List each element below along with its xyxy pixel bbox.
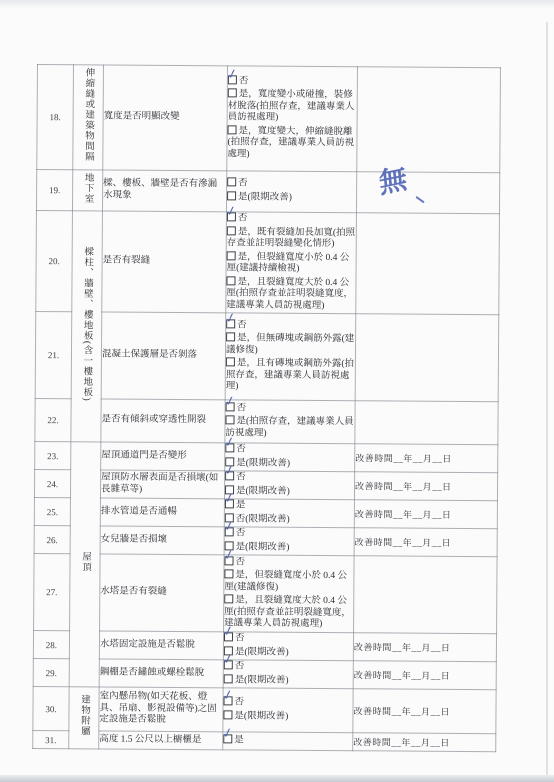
options-cell: ✓是否(限期改善) — [224, 499, 354, 528]
row-number-cell: 24. — [34, 469, 70, 497]
option-label: 否 — [236, 528, 246, 538]
item-label: 混凝土保護層是否剝落 — [102, 350, 197, 361]
checkbox[interactable] — [225, 485, 234, 494]
item-label: 屋頂通道門是否變形 — [101, 450, 187, 461]
option-row: 是，但裂縫寬度小於 0.4 公厘(建議修復) — [224, 569, 353, 594]
option-label: 是(拍照存查，建議專業人員訪視處理) — [225, 417, 353, 439]
table-row: 27.水塔是否有裂縫✓否是，但裂縫寬度小於 0.4 公厘(建議修復)是，且裂縫寬… — [34, 553, 498, 633]
item-cell: 混凝土保護層是否剝落 — [101, 312, 226, 400]
checkbox[interactable]: ✓ — [224, 660, 233, 669]
option-row: ✓否 — [226, 319, 355, 332]
options-cell: ✓否是(限期改善) — [223, 632, 353, 661]
checkbox[interactable] — [228, 125, 237, 134]
item-cell: 屋頂通道門是否變形 — [101, 442, 225, 471]
table-row: 24.屋頂防水層表面是否損壞(如長雜草等)✓否是(限期改善)改善時間__年__月… — [34, 469, 497, 500]
row-number-cell: 20. — [36, 210, 73, 311]
option-row: ✓否 — [224, 660, 353, 673]
options-cell: ✓否是，寬度變小或碰撞，裝修材脫落(拍照存查，建議專業人員訪視處理)是，寬度變大… — [227, 66, 358, 171]
category-label: 伸縮縫或建築物間隔 — [82, 67, 95, 162]
options-cell: ✓否是(限期改善) — [223, 660, 353, 689]
option-label: 否(限期改善) — [236, 514, 290, 524]
option-row: 是(限期改善) — [223, 710, 352, 723]
checkbox[interactable]: ✓ — [225, 443, 234, 452]
item-label: 屋頂防水層表面是否損壞(如長雜草等) — [101, 472, 218, 494]
option-label: 否 — [236, 444, 246, 454]
improvement-time-label: 改善時間__年__月__日 — [353, 704, 450, 718]
item-cell: 排水管道是否通暢 — [100, 498, 224, 527]
item-cell: 是否有裂縫 — [102, 211, 227, 313]
item-label: 水塔固定設施是否鬆脫 — [100, 639, 195, 650]
item-cell: 屋頂防水層表面是否損壞(如長雜草等) — [100, 470, 224, 499]
category-cell: 屋頂 — [69, 442, 101, 687]
row-number: 20. — [48, 256, 59, 266]
remark-cell: 改善時間__年__月__日 — [355, 444, 498, 473]
option-row: 否(限期改善) — [225, 513, 354, 526]
category-label: 地下室 — [82, 172, 94, 204]
option-label: 是(限期改善) — [238, 192, 292, 202]
table-row: 25.排水管道是否通暢✓是否(限期改善)改善時間__年__月__日 — [34, 497, 497, 528]
option-label: 否 — [237, 403, 247, 413]
option-label: 是，且有磚塊或鋼筋外露(拍照存查，建議專業人員訪視處理) — [226, 358, 354, 391]
options-cell: ✓否是(拍照存查，建議專業人員訪視處理) — [225, 400, 355, 444]
checkbox[interactable] — [227, 251, 236, 260]
row-number: 24. — [47, 479, 58, 489]
row-number-cell: 22. — [35, 398, 71, 441]
improvement-time-label: 改善時間__年__月__日 — [355, 451, 452, 465]
item-cell: 寬度是否明顯改變 — [103, 65, 228, 170]
checkbox[interactable] — [224, 569, 233, 578]
row-number: 21. — [48, 350, 59, 360]
category-label: 屋頂 — [79, 551, 91, 572]
option-row: 是，且有磚塊或鋼筋外露(拍照存查，建議專業人員訪視處理) — [226, 357, 355, 393]
option-row: ✓否 — [228, 75, 357, 88]
option-label: 是，且裂縫寬度大於 0.4 公厘(拍照存查並註明裂縫寬度，建議專業人員訪視處理) — [226, 277, 353, 311]
remark-cell: 改善時間__年__月__日 — [353, 689, 496, 734]
inspection-checklist-table: 18.伸縮縫或建築物間隔寬度是否明顯改變✓否是，寬度變小或碰撞，裝修材脫落(拍照… — [32, 64, 501, 752]
table-row: 21.混凝土保護層是否剝落✓否是，但無磚塊或鋼筋外露(建議修復)是，且有磚塊或鋼… — [35, 311, 499, 401]
option-row: ✓是 — [225, 499, 354, 512]
checkbox[interactable] — [227, 191, 236, 200]
remark-cell: 改善時間__年__月__日 — [353, 661, 496, 690]
remark-cell — [357, 67, 501, 172]
option-label: 是，寬度變小或碰撞，裝修材脫落(拍照存查，建議專業人員訪視處理) — [228, 89, 355, 122]
checkbox[interactable]: ✓ — [226, 402, 235, 411]
remark-cell: 無 — [356, 171, 499, 213]
option-label: 是(限期改善) — [234, 711, 288, 721]
option-row: ✓是 — [223, 734, 352, 747]
scan-edge-right-line — [546, 22, 548, 782]
option-label: 是，寬度變大，伸縮縫脫離(拍照存查，建議專業人員訪視處理) — [227, 126, 354, 159]
table-row: 29.鋼棚是否鏽蝕或螺栓鬆脫✓否是(限期改善)改善時間__年__月__日 — [33, 658, 496, 689]
checkbox[interactable] — [227, 178, 236, 187]
remark-cell — [356, 213, 500, 315]
item-label: 排水管道是否通暢 — [101, 506, 177, 517]
handwritten-checkmark-icon: ✓ — [226, 67, 239, 82]
option-label: 否 — [238, 179, 248, 189]
option-label: 是，且裂縫寬度大於 0.4 公厘(拍照存查並註明裂縫寬度，建議專業人員訪視處理) — [224, 595, 351, 629]
row-number-cell: 19. — [36, 169, 72, 211]
option-row: ✓否 — [225, 471, 354, 484]
remark-cell: 改善時間__年__月__日 — [354, 472, 497, 501]
option-row: 是(限期改善) — [225, 541, 354, 554]
option-row: ✓否 — [224, 696, 353, 709]
option-row: 否 — [227, 178, 356, 191]
checkbox[interactable] — [226, 276, 235, 285]
row-number-cell: 21. — [35, 311, 72, 398]
option-label: 否 — [238, 213, 248, 223]
checkbox[interactable] — [223, 710, 232, 719]
checkbox[interactable]: ✓ — [225, 471, 234, 480]
item-label: 是否有裂縫 — [103, 256, 151, 266]
category-label: 建物附屬 — [78, 694, 90, 736]
improvement-time-label: 改善時間__年__月__日 — [354, 668, 451, 682]
option-row: ✓否 — [225, 443, 354, 456]
item-cell: 室內懸吊物(如天花板、燈具、吊扇、影視設備等)之固定設施是否鬆脫 — [99, 687, 223, 732]
checkbox[interactable]: ✓ — [225, 556, 234, 565]
row-number: 23. — [47, 451, 58, 461]
checkbox[interactable] — [225, 513, 234, 522]
row-number-cell: 25. — [34, 497, 70, 525]
row-number: 30. — [45, 704, 56, 714]
options-cell: ✓否是，既有裂縫加長加寬(拍照存查並註明裂縫變化情形)是，但裂縫寬度小於 0.4… — [226, 212, 357, 314]
option-label: 是，但裂縫寬度小於 0.4 公厘(建議修復) — [224, 570, 347, 592]
option-label: 是(限期改善) — [235, 647, 289, 657]
option-row: 是(限期改善) — [225, 457, 354, 470]
option-row: 是(限期改善) — [224, 646, 353, 659]
row-number-cell: 28. — [33, 630, 69, 658]
item-cell: 女兒牆是否損壞 — [100, 526, 224, 555]
item-label: 鋼棚是否鏽蝕或螺栓鬆脫 — [100, 667, 205, 678]
options-cell: ✓否是，但無磚塊或鋼筋外露(建議修復)是，且有磚塊或鋼筋外露(拍照存查，建議專業… — [225, 313, 356, 401]
option-label: 否 — [235, 633, 245, 643]
option-row: 是，寬度變大，伸縮縫脫離(拍照存查，建議專業人員訪視處理) — [227, 125, 356, 161]
options-cell: ✓否是(限期改善) — [225, 443, 355, 472]
checkbox[interactable] — [226, 332, 235, 341]
improvement-time-label: 改善時間__年__月__日 — [355, 479, 452, 493]
checkbox[interactable]: ✓ — [226, 319, 235, 328]
row-number-cell: 27. — [34, 553, 71, 630]
remark-cell: 改善時間__年__月__日 — [354, 500, 497, 529]
item-label: 室內懸吊物(如天花板、燈具、吊扇、影視設備等)之固定設施是否鬆脫 — [99, 692, 216, 725]
checkbox[interactable] — [226, 357, 235, 366]
row-number: 26. — [47, 535, 58, 545]
row-number-cell: 26. — [34, 525, 70, 553]
row-number: 19. — [49, 185, 60, 195]
option-row: 是，但無磚塊或鋼筋外露(建議修復) — [226, 332, 355, 357]
row-number: 31. — [45, 735, 56, 745]
option-row: ✓否 — [224, 632, 353, 645]
table-row: 20.樑柱、牆壁、樓地板(含一樓地板)是否有裂縫✓否是，既有裂縫加長加寬(拍照存… — [36, 210, 500, 314]
checkbox[interactable]: ✓ — [225, 499, 234, 508]
row-number: 25. — [47, 507, 58, 517]
row-number: 29. — [46, 668, 57, 678]
table-row: 26.女兒牆是否損壞✓否是(限期改善)改善時間__年__月__日 — [34, 525, 497, 556]
item-label: 水塔是否有裂縫 — [100, 587, 167, 597]
option-row: 是，寬度變小或碰撞，裝修材脫落(拍照存查，建議專業人員訪視處理) — [228, 88, 357, 124]
checkbox[interactable] — [225, 457, 234, 466]
handwritten-checkmark-icon: ✓ — [224, 311, 237, 326]
table-row: 18.伸縮縫或建築物間隔寬度是否明顯改變✓否是，寬度變小或碰撞，裝修材脫落(拍照… — [37, 65, 501, 173]
options-cell: ✓是 — [223, 732, 353, 751]
item-cell: 鋼棚是否鏽蝕或螺栓鬆脫 — [99, 659, 223, 688]
option-label: 是，但無磚塊或鋼筋外露(建議修復) — [226, 333, 354, 355]
table-row: 23.屋頂屋頂通道門是否變形✓否是(限期改善)改善時間__年__月__日 — [35, 441, 498, 472]
checkbox[interactable]: ✓ — [228, 75, 237, 84]
option-row: 是(限期改善) — [224, 674, 353, 687]
category-label: 樑柱、牆壁、樓地板(含一樓地板) — [80, 246, 93, 401]
option-label: 是 — [236, 500, 246, 510]
item-label: 高度 1.5 公尺以上櫥櫃是 — [99, 734, 201, 745]
option-label: 是(限期改善) — [236, 458, 290, 468]
table-row: 30.建物附屬室內懸吊物(如天花板、燈具、吊扇、影視設備等)之固定設施是否鬆脫✓… — [33, 686, 496, 733]
scan-edge-top-shadow — [0, 0, 554, 9]
row-number-cell: 23. — [35, 441, 71, 469]
checkbox[interactable]: ✓ — [224, 696, 233, 705]
row-number: 18. — [49, 112, 60, 122]
checkbox[interactable] — [224, 674, 233, 683]
checkbox[interactable] — [225, 541, 234, 550]
checkbox[interactable]: ✓ — [225, 527, 234, 536]
option-row: 是，但裂縫寬度小於 0.4 公厘(建議持續檢視) — [227, 251, 356, 276]
improvement-time-label: 改善時間__年__月__日 — [354, 640, 451, 654]
item-label: 寬度是否明顯改變 — [104, 111, 180, 122]
handwritten-checkmark-icon: ✓ — [221, 688, 234, 703]
option-row: ✓否 — [225, 527, 354, 540]
option-label: 是，但裂縫寬度小於 0.4 公厘(建議持續檢視) — [227, 252, 350, 274]
options-cell: 否是(限期改善) — [226, 170, 356, 212]
options-cell: ✓否是，但裂縫寬度小於 0.4 公厘(建議修復)是，且裂縫寬度大於 0.4 公厘… — [224, 555, 355, 633]
row-number-cell: 31. — [33, 730, 69, 748]
row-number-cell: 29. — [33, 658, 69, 686]
option-row: 是，既有裂縫加長加寬(拍照存查並註明裂縫變化情形) — [227, 226, 356, 251]
item-label: 女兒牆是否損壞 — [101, 534, 168, 544]
improvement-time-label: 改善時間__年__月__日 — [355, 507, 452, 521]
option-row: ✓否 — [226, 402, 355, 415]
checkbox[interactable]: ✓ — [223, 734, 232, 743]
option-label: 否 — [235, 557, 245, 567]
checkbox[interactable] — [225, 416, 234, 425]
options-cell: ✓否是(限期改善) — [224, 527, 354, 556]
scan-edge-bottom-shadow — [0, 775, 554, 782]
option-label: 否 — [239, 76, 249, 86]
checkbox[interactable] — [228, 88, 237, 97]
item-cell: 水塔是否有裂縫 — [100, 554, 225, 632]
checklist-table-body: 18.伸縮縫或建築物間隔寬度是否明顯改變✓否是，寬度變小或碰撞，裝修材脫落(拍照… — [33, 65, 501, 752]
category-cell: 地下室 — [72, 169, 102, 211]
table-row: 22.是否有傾斜或穿透性開裂✓否是(拍照存查，建議專業人員訪視處理) — [35, 398, 498, 444]
option-label: 是(限期改善) — [236, 486, 290, 496]
handwritten-none-mark: 無 — [378, 165, 408, 199]
remark-cell — [355, 401, 498, 445]
item-label: 是否有傾斜或穿透性開裂 — [101, 415, 206, 426]
remark-cell — [355, 314, 499, 402]
option-row: 是，且裂縫寬度大於 0.4 公厘(拍照存查並註明裂縫寬度，建議專業人員訪視處理) — [224, 594, 353, 630]
option-label: 是，既有裂縫加長加寬(拍照存查並註明裂縫變化情形) — [227, 227, 355, 249]
options-cell: ✓否是(限期改善) — [224, 471, 354, 500]
handwritten-stroke — [415, 195, 424, 202]
options-cell: ✓否是(限期改善) — [223, 688, 353, 733]
row-number-cell: 18. — [37, 65, 74, 170]
checkbox[interactable]: ✓ — [227, 212, 236, 221]
category-cell: 伸縮縫或建築物間隔 — [73, 65, 104, 170]
checkbox[interactable] — [224, 594, 233, 603]
improvement-time-label: 改善時間__年__月__日 — [355, 535, 452, 549]
improvement-time-label: 改善時間__年__月__日 — [353, 735, 450, 749]
item-label: 樑、樓板、牆壁是否有滲漏水現象 — [103, 179, 217, 201]
option-label: 是(限期改善) — [236, 542, 290, 552]
option-row: 是，且裂縫寬度大於 0.4 公厘(拍照存查並註明裂縫寬度，建議專業人員訪視處理) — [226, 276, 355, 312]
item-cell: 樑、樓板、牆壁是否有滲漏水現象 — [102, 169, 226, 211]
option-row: ✓否 — [224, 556, 353, 569]
option-row: 是(拍照存查，建議專業人員訪視處理) — [225, 416, 354, 441]
table-row: 28.水塔固定設施是否鬆脫✓否是(限期改善)改善時間__年__月__日 — [33, 630, 496, 661]
remark-cell: 改善時間__年__月__日 — [354, 528, 497, 557]
row-number-cell: 30. — [33, 686, 69, 730]
scanned-page: 18.伸縮縫或建築物間隔寬度是否明顯改變✓否是，寬度變小或碰撞，裝修材脫落(拍照… — [32, 64, 501, 752]
item-cell: 水塔固定設施是否鬆脫 — [99, 631, 223, 660]
row-number: 28. — [46, 640, 57, 650]
checkbox[interactable]: ✓ — [224, 632, 233, 641]
checkbox[interactable] — [227, 226, 236, 235]
option-label: 否 — [237, 320, 247, 330]
option-row: 是(限期改善) — [227, 191, 356, 204]
row-number: 22. — [47, 415, 58, 425]
option-label: 否 — [235, 661, 245, 671]
table-row: 31.高度 1.5 公尺以上櫥櫃是✓是改善時間__年__月__日 — [33, 730, 496, 751]
row-number: 27. — [46, 587, 57, 597]
checkbox[interactable] — [224, 646, 233, 655]
option-label: 否 — [236, 472, 246, 482]
category-cell: 樑柱、牆壁、樓地板(含一樓地板) — [71, 211, 103, 442]
item-cell: 高度 1.5 公尺以上櫥櫃是 — [99, 731, 223, 750]
remark-cell: 改善時間__年__月__日 — [353, 633, 496, 662]
option-label: 否 — [235, 697, 245, 707]
item-cell: 是否有傾斜或穿透性開裂 — [101, 399, 225, 443]
remark-cell: 改善時間__年__月__日 — [353, 733, 496, 752]
option-row: 是(限期改善) — [225, 485, 354, 498]
option-label: 是(限期改善) — [235, 675, 289, 685]
table-row: 19.地下室樑、樓板、牆壁是否有滲漏水現象否是(限期改善)無 — [36, 169, 499, 214]
remark-cell — [354, 556, 498, 634]
option-row: ✓否 — [227, 212, 356, 225]
option-label: 是 — [234, 735, 244, 745]
category-cell: 建物附屬 — [69, 687, 99, 749]
